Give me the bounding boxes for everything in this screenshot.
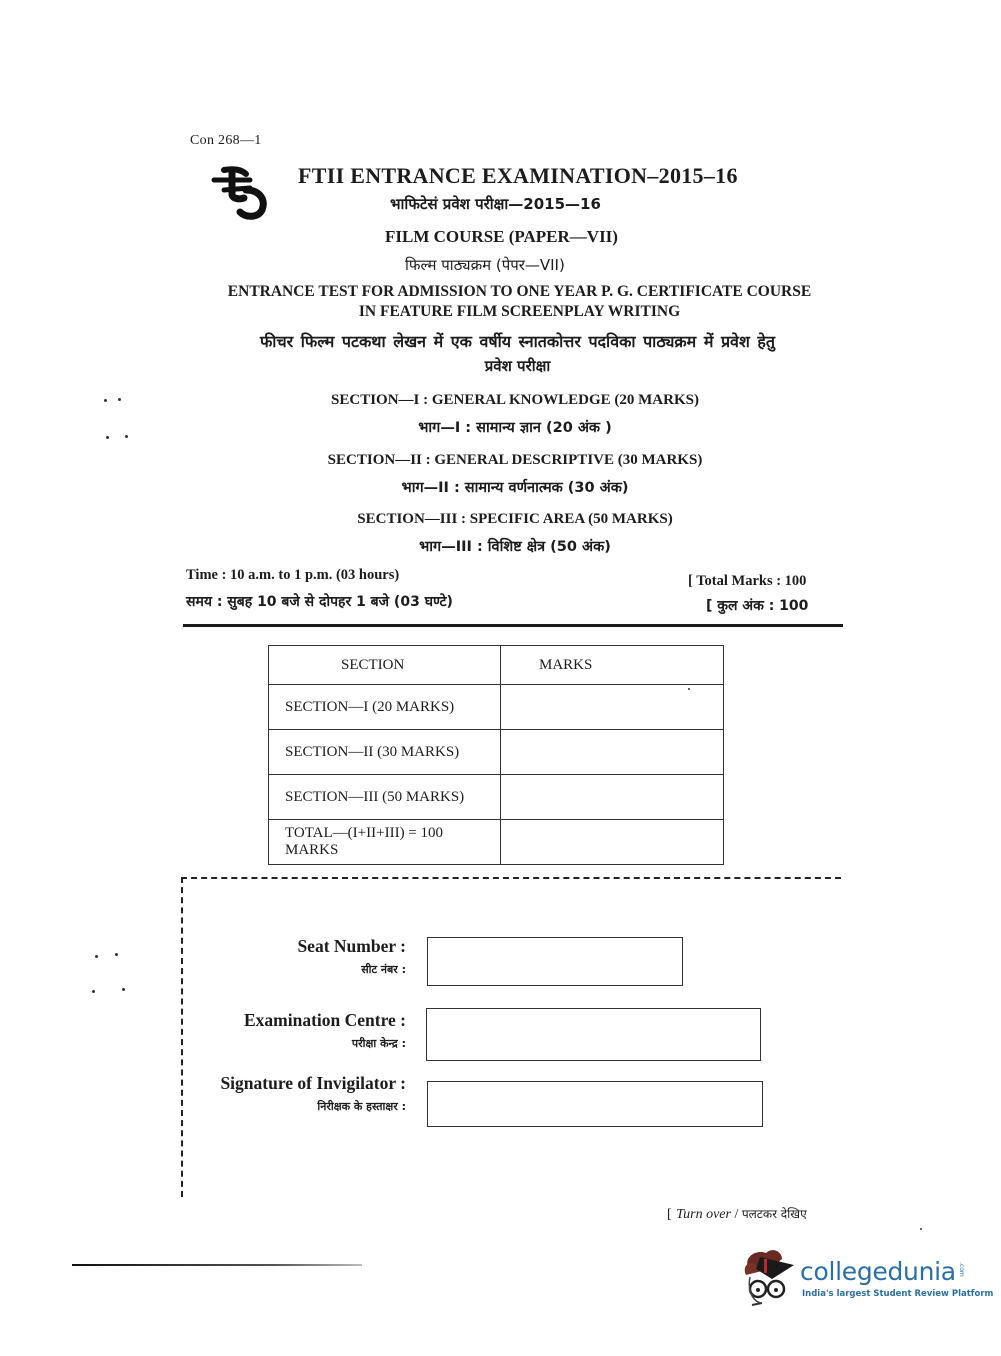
examination-centre-field[interactable]: [426, 1008, 761, 1061]
total-marks-hindi: [ कुल अंक : 100: [706, 596, 808, 615]
row-marks-cell[interactable]: [501, 820, 724, 865]
row-section-label: SECTION—II (30 MARKS): [269, 730, 501, 775]
horizontal-rule: [183, 624, 843, 627]
invigilator-signature-label: Signature of Invigilator :: [186, 1073, 406, 1094]
bottom-rule: [72, 1264, 362, 1266]
collegedunia-domain-suffix: .com: [958, 1262, 965, 1277]
entrance-description-hindi-line2: प्रवेश परीक्षा: [190, 356, 845, 376]
scan-speck: [688, 688, 690, 690]
seat-number-label-hindi: सीट नंबर :: [200, 962, 406, 977]
scan-speck: [92, 990, 95, 993]
exam-time: Time : 10 a.m. to 1 p.m. (03 hours): [186, 567, 399, 584]
scan-speck: [95, 955, 98, 958]
header-marks: MARKS: [501, 646, 724, 685]
row-marks-cell[interactable]: [501, 730, 724, 775]
student-mascot-graduation-cap-icon: [742, 1247, 800, 1307]
turn-over-text-hindi: पलटकर देखिए: [742, 1207, 807, 1221]
scan-speck: [125, 435, 128, 438]
cut-line-vertical: [181, 877, 183, 1197]
table-row: SECTION—II (30 MARKS): [269, 730, 724, 775]
invigilator-signature-label-hindi: निरीक्षक के हस्ताक्षर :: [186, 1099, 406, 1114]
course-title: FILM COURSE (PAPER—VII): [385, 227, 618, 247]
entrance-description-line2: IN FEATURE FILM SCREENPLAY WRITING: [192, 303, 847, 321]
examination-centre-label-hindi: परीक्षा केन्द्र :: [190, 1036, 406, 1051]
cut-line-horizontal: [181, 877, 841, 879]
scan-speck: [115, 953, 118, 956]
turn-over-text: Turn over: [676, 1207, 731, 1222]
scan-speck: [118, 398, 121, 401]
seat-number-label: Seat Number :: [200, 936, 406, 957]
row-marks-cell[interactable]: [501, 685, 724, 730]
row-marks-cell[interactable]: [501, 775, 724, 820]
section-1-title-hindi: भाग—I : सामान्य ज्ञान (20 अंक ): [195, 417, 835, 437]
section-2-title-hindi: भाग—II : सामान्य वर्णनात्मक (30 अंक): [195, 477, 835, 497]
section-2-title: SECTION—II : GENERAL DESCRIPTIVE (30 MAR…: [195, 452, 835, 469]
section-3-title: SECTION—III : SPECIFIC AREA (50 MARKS): [195, 511, 835, 528]
total-marks: [ Total Marks : 100: [688, 573, 806, 590]
exam-time-hindi: समय : सुबह 10 बजे से दोपहर 1 बजे (03 घण्…: [186, 592, 453, 611]
course-title-hindi: फिल्म पाठ्यक्रम (पेपर—VII): [405, 255, 565, 275]
row-section-label: TOTAL—(I+II+III) = 100 MARKS: [269, 820, 501, 865]
section-3-title-hindi: भाग—III : विशिष्ट क्षेत्र (50 अंक): [195, 536, 835, 556]
document-code: Con 268—1: [190, 133, 262, 149]
exam-title: FTII ENTRANCE EXAMINATION–2015–16: [298, 163, 738, 189]
scan-speck: [920, 1228, 922, 1230]
scan-speck: [104, 399, 107, 402]
seat-number-field[interactable]: [427, 937, 683, 986]
invigilator-signature-field[interactable]: [427, 1081, 763, 1127]
turn-over-note: [ Turn over / पलटकर देखिए: [667, 1205, 807, 1223]
scan-speck: [122, 988, 125, 991]
entrance-description-line1: ENTRANCE TEST FOR ADMISSION TO ONE YEAR …: [192, 283, 847, 301]
table-row: SECTION—I (20 MARKS): [269, 685, 724, 730]
marks-table: SECTION MARKS SECTION—I (20 MARKS) SECTI…: [268, 645, 724, 865]
section-1-title: SECTION—I : GENERAL KNOWLEDGE (20 MARKS): [195, 392, 835, 409]
examination-centre-label: Examination Centre :: [190, 1010, 406, 1031]
header-section: SECTION: [269, 646, 501, 685]
entrance-description-hindi-line1: फीचर फिल्म पटकथा लेखन में एक वर्षीय स्ना…: [190, 330, 845, 352]
table-row: TOTAL—(I+II+III) = 100 MARKS: [269, 820, 724, 865]
marks-table-header-row: SECTION MARKS: [269, 646, 724, 685]
turn-over-bracket: [: [667, 1207, 672, 1222]
ftii-logo-icon: [210, 164, 272, 220]
table-row: SECTION—III (50 MARKS): [269, 775, 724, 820]
row-section-label: SECTION—III (50 MARKS): [269, 775, 501, 820]
collegedunia-brand: collegedunia: [800, 1257, 956, 1286]
collegedunia-tagline: India's largest Student Review Platform: [802, 1289, 993, 1299]
exam-title-hindi: भाफिटेसं प्रवेश परीक्षा—2015—16: [390, 194, 601, 214]
turn-over-separator: /: [731, 1207, 742, 1222]
row-section-label: SECTION—I (20 MARKS): [269, 685, 501, 730]
scan-speck: [106, 436, 109, 439]
